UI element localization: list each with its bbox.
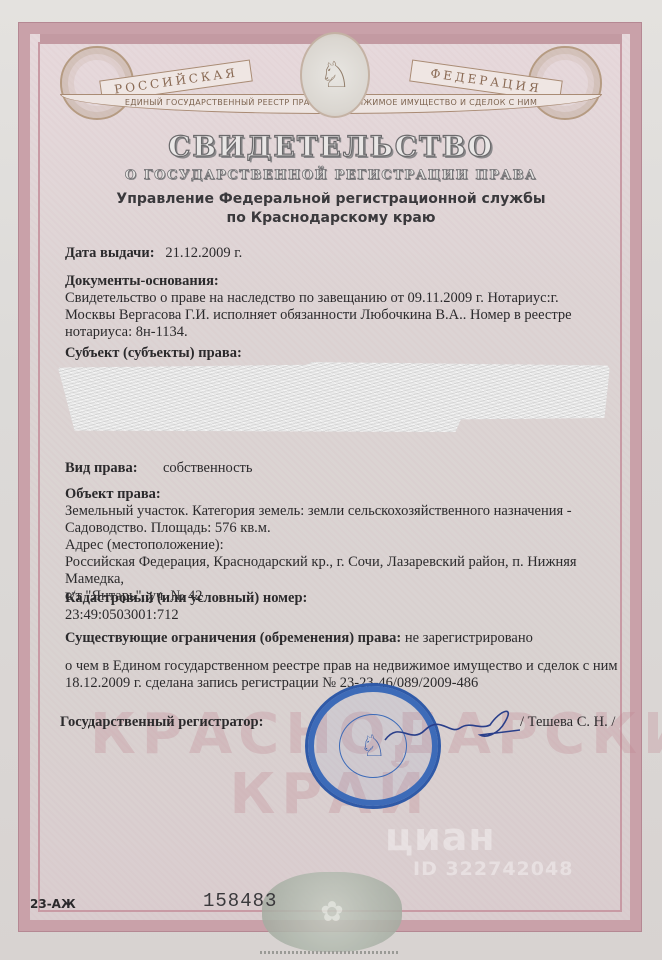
basis-documents: Документы-основания: Свидетельство о пра… (65, 273, 585, 341)
encumbrances: Существующие ограничения (обременения) п… (65, 630, 533, 647)
cadastral-number: Кадастровый (или условный) номер: 23:49:… (65, 590, 585, 624)
document-subtitle: О ГОСУДАРСТВЕННОЙ РЕГИСТРАЦИИ ПРАВА (0, 168, 662, 183)
object-line-1: Земельный участок. Категория земель: зем… (65, 503, 625, 520)
certificate-page: РОССИЙСКАЯ ФЕДЕРАЦИЯ ЕДИНЫЙ ГОСУДАРСТВЕН… (0, 0, 662, 960)
agency-line-2: по Краснодарскому краю (0, 209, 662, 228)
form-serial-number: 158483 (203, 890, 277, 912)
form-series: 23-АЖ (30, 897, 76, 911)
basis-documents-label: Документы-основания: (65, 273, 585, 290)
registrar-name-text: / Тешева С. Н. / (520, 714, 615, 730)
issue-date-value: 21.12.2009 г. (165, 245, 242, 261)
printer-imprint (260, 951, 400, 954)
registrar-label-text: Государственный регистратор: (60, 714, 263, 730)
object-line-4: Российская Федерация, Краснодарский кр.,… (65, 554, 625, 588)
right-type: Вид права: собственность (65, 460, 253, 477)
cadastral-value: 23:49:0503001:712 (65, 607, 585, 624)
registry-note-line-1: о чем в Едином государственном реестре п… (65, 658, 635, 675)
issue-date-label: Дата выдачи: (65, 245, 155, 261)
certificate-header: РОССИЙСКАЯ ФЕДЕРАЦИЯ ЕДИНЫЙ ГОСУДАРСТВЕН… (40, 30, 622, 120)
cian-watermark: циан (385, 815, 496, 859)
signature-icon (380, 700, 520, 750)
agency-line-1: Управление Федеральной регистрационной с… (0, 190, 662, 209)
encumbrances-value: не зарегистрировано (405, 630, 533, 646)
security-rosette-icon: ✿ (262, 872, 402, 952)
registrar-label: Государственный регистратор: (60, 714, 263, 731)
double-headed-eagle-icon: ♘ (300, 32, 370, 118)
object-line-2: Садоводство. Площадь: 576 кв.м. (65, 520, 625, 537)
cadastral-label: Кадастровый (или условный) номер: (65, 590, 585, 607)
document-title: СВИДЕТЕЛЬСТВО (0, 130, 662, 163)
listing-id-watermark: ID 322742048 (413, 858, 573, 880)
right-type-label: Вид права: (65, 460, 138, 476)
issuing-agency: Управление Федеральной регистрационной с… (0, 190, 662, 228)
object-line-3: Адрес (местоположение): (65, 537, 625, 554)
object-label: Объект права: (65, 486, 625, 503)
registrar-name: / Тешева С. Н. / (520, 714, 615, 731)
subjects-label-text: Субъект (субъекты) права: (65, 345, 242, 361)
right-type-value: собственность (163, 460, 253, 476)
basis-documents-value: Свидетельство о праве на наследство по з… (65, 290, 585, 341)
issue-date: Дата выдачи: 21.12.2009 г. (65, 245, 242, 262)
subjects-label: Субъект (субъекты) права: (65, 345, 242, 362)
object: Объект права: Земельный участок. Категор… (65, 486, 625, 605)
encumbrances-label: Существующие ограничения (обременения) п… (65, 630, 401, 646)
